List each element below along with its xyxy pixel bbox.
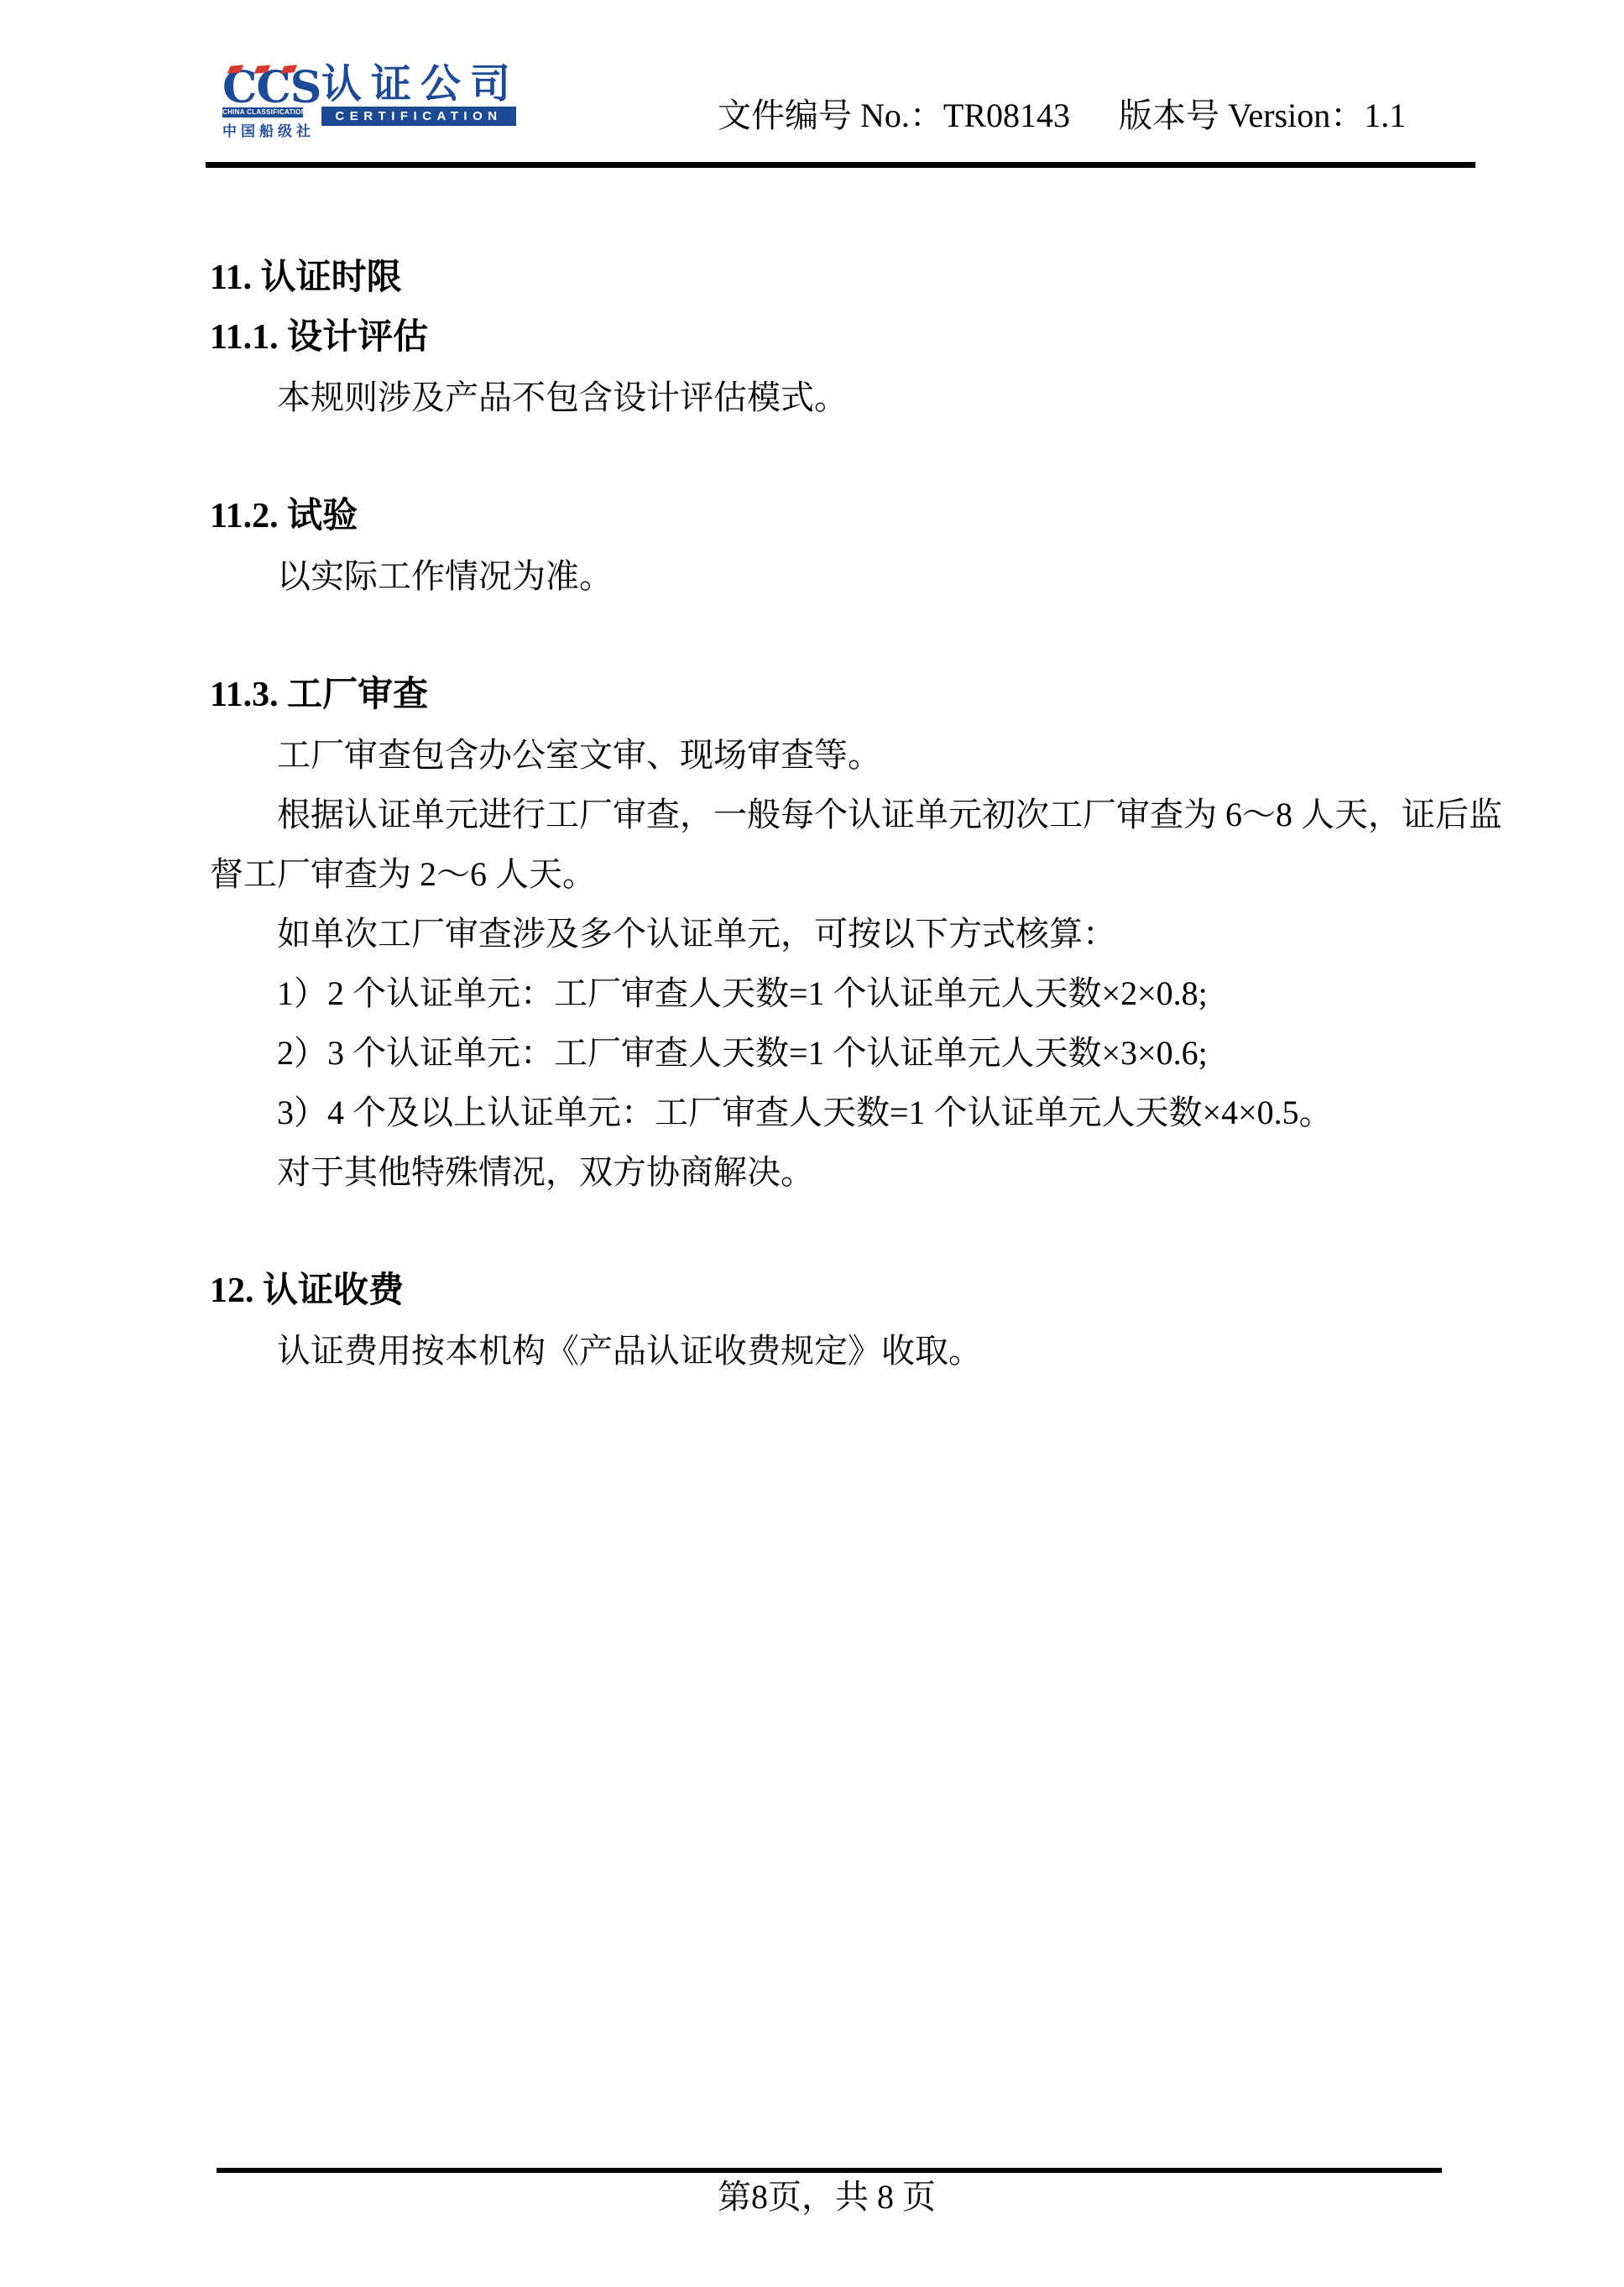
section-11-3-paragraph-1: 工厂审查包含办公室文审、现场审查等。 — [210, 725, 1444, 785]
section-12-paragraph: 认证费用按本机构《产品认证收费规定》收取。 — [210, 1321, 1444, 1381]
section-11-3-paragraph-2-line-1: 根据认证单元进行工厂审查，一般每个认证单元初次工厂审查为 6～8 人天，证后监 — [210, 785, 1444, 844]
ccs-letters-wrap: CCS — [222, 65, 306, 105]
document-page: CCS CHINA CLASSIFICATION SOCIETY 中国船级社 认… — [0, 0, 1624, 2287]
list-item-2: 2）3 个认证单元：工厂审查人天数=1 个认证单元人天数×3×0.6; — [210, 1023, 1444, 1083]
spacer — [210, 1202, 1444, 1261]
section-11-1-heading: 11.1. 设计评估 — [210, 308, 1444, 368]
ccs-logo-left: CCS CHINA CLASSIFICATION SOCIETY 中国船级社 — [222, 65, 306, 140]
section-11-3-paragraph-2-line-2: 督工厂审查为 2～6 人天。 — [210, 844, 1444, 904]
ccs-chinese-name: 中国船级社 — [222, 119, 306, 140]
list-item-1: 1）2 个认证单元：工厂审查人天数=1 个认证单元人天数×2×0.8; — [210, 963, 1444, 1023]
section-11-3-heading: 11.3. 工厂审查 — [210, 666, 1444, 725]
doc-number: 文件编号 No.：TR08143 — [718, 89, 1070, 137]
section-11-2-paragraph: 以实际工作情况为准。 — [210, 546, 1444, 606]
ccs-logo-right: 认证公司 CERTIFICATION — [321, 65, 520, 126]
section-11-3-paragraph-3: 如单次工厂审查涉及多个认证单元，可按以下方式核算： — [210, 904, 1444, 963]
ccs-letters: CCS — [222, 71, 306, 105]
section-11-heading: 11. 认证时限 — [210, 248, 1444, 308]
list-item-3: 3）4 个及以上认证单元：工厂审查人天数=1 个认证单元人天数×4×0.5。 — [210, 1083, 1444, 1142]
certification-bar: CERTIFICATION — [321, 107, 516, 126]
spacer — [210, 427, 1444, 487]
spacer — [210, 606, 1444, 666]
footer-divider — [217, 2168, 1442, 2173]
section-11-2-heading: 11.2. 试验 — [210, 487, 1444, 546]
ccs-logo: CCS CHINA CLASSIFICATION SOCIETY 中国船级社 认… — [222, 65, 520, 140]
page-number: 第8页，共 8 页 — [210, 2177, 1444, 2217]
header-divider — [206, 162, 1475, 168]
section-11-1-paragraph: 本规则涉及产品不包含设计评估模式。 — [210, 368, 1444, 427]
doc-meta: 文件编号 No.：TR08143 版本号 Version：1.1 — [718, 89, 1406, 137]
section-12-heading: 12. 认证收费 — [210, 1261, 1444, 1321]
document-body: 11. 认证时限 11.1. 设计评估 本规则涉及产品不包含设计评估模式。 11… — [210, 248, 1444, 1381]
doc-version: 版本号 Version：1.1 — [1119, 89, 1406, 137]
section-11-3-paragraph-4: 对于其他特殊情况，双方协商解决。 — [210, 1142, 1444, 1202]
company-name: 认证公司 — [321, 65, 520, 104]
